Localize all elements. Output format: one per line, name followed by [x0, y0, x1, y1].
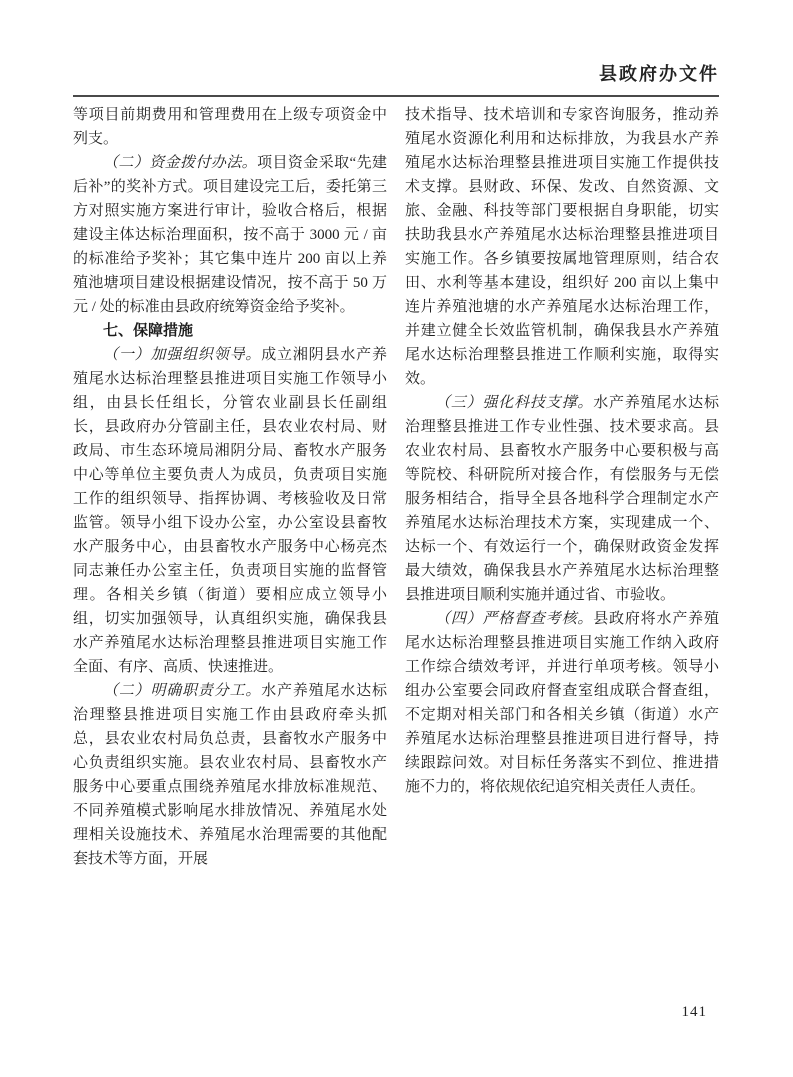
page-number: 141	[73, 1004, 707, 1021]
header-title: 县政府办文件	[73, 60, 719, 86]
paragraph-clause-technology: （三）强化科技支撑。水产养殖尾水达标治理整县推进工作专业性强、技术要求高。县农业…	[405, 391, 719, 607]
paragraph-text: 等项目前期费用和管理费用在上级专项资金中列支。	[73, 107, 387, 147]
paragraph-clause-leadership: （一）加强组织领导。成立湘阴县水产养殖尾水达标治理整县推进项目实施工作领导小组，…	[73, 343, 387, 679]
column-right: 技术指导、技术培训和专家咨询服务，推动养殖尾水资源化利用和达标排放，为我县水产养…	[405, 103, 719, 871]
header-divider-line	[73, 95, 719, 97]
paragraph-text: 成立湘阴县水产养殖尾水达标治理整县推进项目实施工作领导小组，由县长任组长，分管农…	[73, 347, 387, 675]
paragraph-clause-duties: （二）明确职责分工。水产养殖尾水达标治理整县推进项目实施工作由县政府牵头抓总，县…	[73, 679, 387, 871]
clause-lead: （三）强化科技支撑。	[435, 395, 593, 411]
column-left: 等项目前期费用和管理费用在上级专项资金中列支。 （二）资金拨付办法。项目资金采取…	[73, 103, 387, 871]
paragraph-clause-funding: （二）资金拨付办法。项目资金采取“先建后补”的奖补方式。项目建设完工后，委托第三…	[73, 151, 387, 319]
paragraph-text: 水产养殖尾水达标治理整县推进工作专业性强、技术要求高。县农业农村局、县畜牧水产服…	[405, 395, 719, 603]
paragraph-text: 技术指导、技术培训和专家咨询服务，推动养殖尾水资源化利用和达标排放，为我县水产养…	[405, 107, 719, 387]
section-heading-safeguards: 七、保障措施	[73, 319, 387, 343]
clause-lead: （二）资金拨付办法。	[103, 155, 257, 171]
document-page: 县政府办文件 等项目前期费用和管理费用在上级专项资金中列支。 （二）资金拨付办法…	[0, 0, 793, 1077]
paragraph-clause-supervision: （四）严格督查考核。县政府将水产养殖尾水达标治理整县推进项目实施工作纳入政府工作…	[405, 607, 719, 799]
paragraph-continuation: 技术指导、技术培训和专家咨询服务，推动养殖尾水资源化利用和达标排放，为我县水产养…	[405, 103, 719, 391]
paragraph-text: 水产养殖尾水达标治理整县推进项目实施工作由县政府牵头抓总，县农业农村局负总责，县…	[73, 683, 387, 867]
clause-lead: （二）明确职责分工。	[103, 683, 261, 699]
paragraph-continuation: 等项目前期费用和管理费用在上级专项资金中列支。	[73, 103, 387, 151]
document-body: 等项目前期费用和管理费用在上级专项资金中列支。 （二）资金拨付办法。项目资金采取…	[73, 103, 719, 871]
clause-lead: （四）严格督查考核。	[435, 611, 593, 627]
clause-lead: （一）加强组织领导。	[103, 347, 261, 363]
paragraph-text: 县政府将水产养殖尾水达标治理整县推进项目实施工作纳入政府工作综合绩效考评，并进行…	[405, 611, 719, 795]
paragraph-text: 项目资金采取“先建后补”的奖补方式。项目建设完工后，委托第三方对照实施方案进行审…	[73, 155, 387, 315]
